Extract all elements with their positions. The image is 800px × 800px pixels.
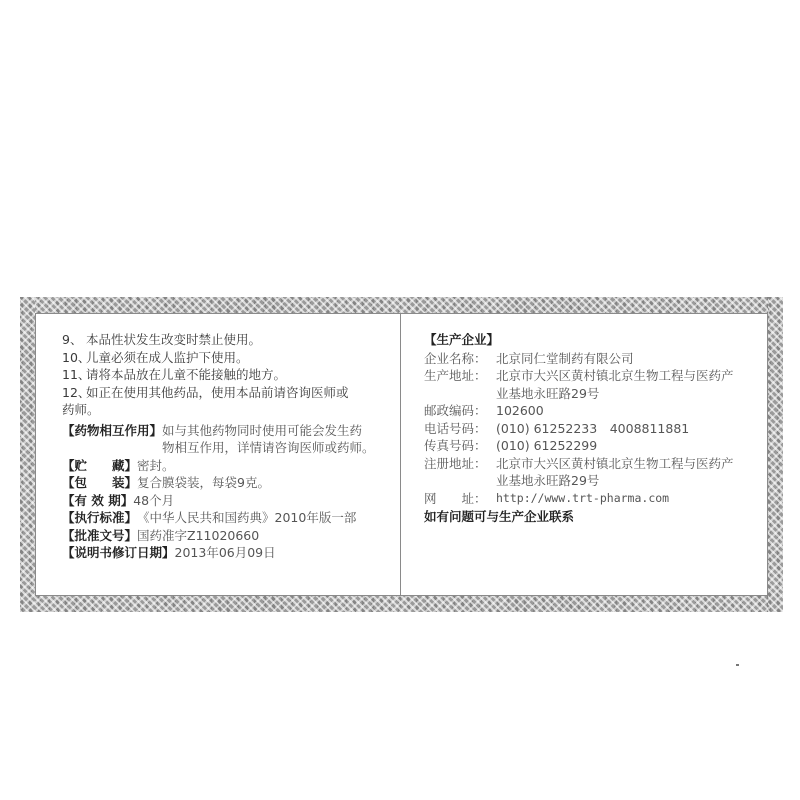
warning-item: 10、 儿童必须在成人监护下使用。 — [62, 349, 392, 367]
field-value: 102600 — [496, 402, 544, 420]
warning-item: 12、 如正在使用其他药品，使用本品前请咨询医师或 — [62, 384, 392, 402]
section-revision-date: 【说明书修订日期】 2013年06月09日 — [62, 544, 392, 562]
section-standard: 【执行标准】 《中华人民共和国药典》2010年版一部 — [62, 509, 392, 527]
field-value: (010) 61252233 4008811881 — [496, 420, 689, 438]
section-value: 国药准字Z11020660 — [137, 527, 259, 545]
section-label: 【批准文号】 — [62, 527, 137, 545]
field-value: 北京市大兴区黄村镇北京生物工程与医药产 — [496, 367, 734, 385]
section-label: 【包 装】 — [62, 474, 137, 492]
warning-text: 请将本品放在儿童不能接触的地方。 — [86, 366, 392, 384]
field-registered-address: 注册地址： 北京市大兴区黄村镇北京生物工程与医药产 — [424, 455, 769, 473]
section-value: 48个月 — [133, 492, 174, 510]
field-phone: 电话号码： (010) 61252233 4008811881 — [424, 420, 769, 438]
warning-item: 9、 本品性状发生改变时禁止使用。 — [62, 331, 392, 349]
warning-text: 儿童必须在成人监护下使用。 — [86, 349, 392, 367]
warning-continuation: 药师。 — [62, 401, 392, 419]
field-label: 注册地址： — [424, 455, 496, 473]
section-label: 【药物相互作用】 — [62, 422, 162, 440]
field-label: 网 址： — [424, 490, 496, 508]
decorative-border-right — [768, 297, 783, 612]
warning-number: 9、 — [62, 331, 86, 349]
left-column: 9、 本品性状发生改变时禁止使用。 10、 儿童必须在成人监护下使用。 11、 … — [62, 331, 392, 562]
manufacturer-heading: 【生产企业】 — [424, 331, 769, 349]
column-divider — [400, 313, 401, 596]
warning-number: 11、 — [62, 366, 86, 384]
field-label: 传真号码： — [424, 437, 496, 455]
section-label: 【说明书修订日期】 — [62, 544, 175, 562]
field-value: 北京市大兴区黄村镇北京生物工程与医药产 — [496, 455, 734, 473]
field-label: 邮政编码： — [424, 402, 496, 420]
field-value: (010) 61252299 — [496, 437, 597, 455]
decorative-border-bottom — [20, 596, 783, 612]
warning-text: 本品性状发生改变时禁止使用。 — [86, 331, 392, 349]
section-continuation: 物相互作用，详情请咨询医师或药师。 — [62, 439, 392, 457]
field-postal-code: 邮政编码： 102600 — [424, 402, 769, 420]
section-value: 《中华人民共和国药典》2010年版一部 — [137, 509, 356, 527]
section-value: 复合膜袋装，每袋9克。 — [137, 474, 270, 492]
scan-speck — [736, 664, 739, 666]
right-column: 【生产企业】 企业名称： 北京同仁堂制药有限公司 生产地址： 北京市大兴区黄村镇… — [424, 331, 769, 526]
decorative-border-top — [20, 297, 783, 313]
field-website: 网 址： http://www.trt-pharma.com — [424, 490, 769, 508]
section-shelf-life: 【有 效 期】 48个月 — [62, 492, 392, 510]
section-label: 【执行标准】 — [62, 509, 137, 527]
section-approval-number: 【批准文号】 国药准字Z11020660 — [62, 527, 392, 545]
warning-number: 12、 — [62, 384, 86, 402]
field-fax: 传真号码： (010) 61252299 — [424, 437, 769, 455]
section-drug-interaction: 【药物相互作用】 如与其他药物同时使用可能会发生药 物相互作用，详情请咨询医师或… — [62, 422, 392, 457]
field-label: 生产地址： — [424, 367, 496, 385]
section-label: 【贮 藏】 — [62, 457, 137, 475]
section-storage: 【贮 藏】 密封。 — [62, 457, 392, 475]
field-continuation: 业基地永旺路29号 — [424, 385, 769, 403]
contact-note: 如有问题可与生产企业联系 — [424, 508, 769, 526]
warning-number: 10、 — [62, 349, 86, 367]
decorative-border-left — [20, 297, 35, 612]
field-value: 北京同仁堂制药有限公司 — [496, 350, 634, 368]
section-packaging: 【包 装】 复合膜袋装，每袋9克。 — [62, 474, 392, 492]
section-label: 【有 效 期】 — [62, 492, 133, 510]
section-value: 2013年06月09日 — [175, 544, 276, 562]
website-url: http://www.trt-pharma.com — [496, 490, 669, 508]
field-label: 电话号码： — [424, 420, 496, 438]
warning-item: 11、 请将本品放在儿童不能接触的地方。 — [62, 366, 392, 384]
field-company-name: 企业名称： 北京同仁堂制药有限公司 — [424, 350, 769, 368]
section-value: 如与其他药物同时使用可能会发生药 — [162, 422, 362, 440]
field-production-address: 生产地址： 北京市大兴区黄村镇北京生物工程与医药产 — [424, 367, 769, 385]
field-label: 企业名称： — [424, 350, 496, 368]
field-continuation: 业基地永旺路29号 — [424, 472, 769, 490]
section-value: 密封。 — [137, 457, 175, 475]
warning-text: 如正在使用其他药品，使用本品前请咨询医师或 — [86, 384, 392, 402]
